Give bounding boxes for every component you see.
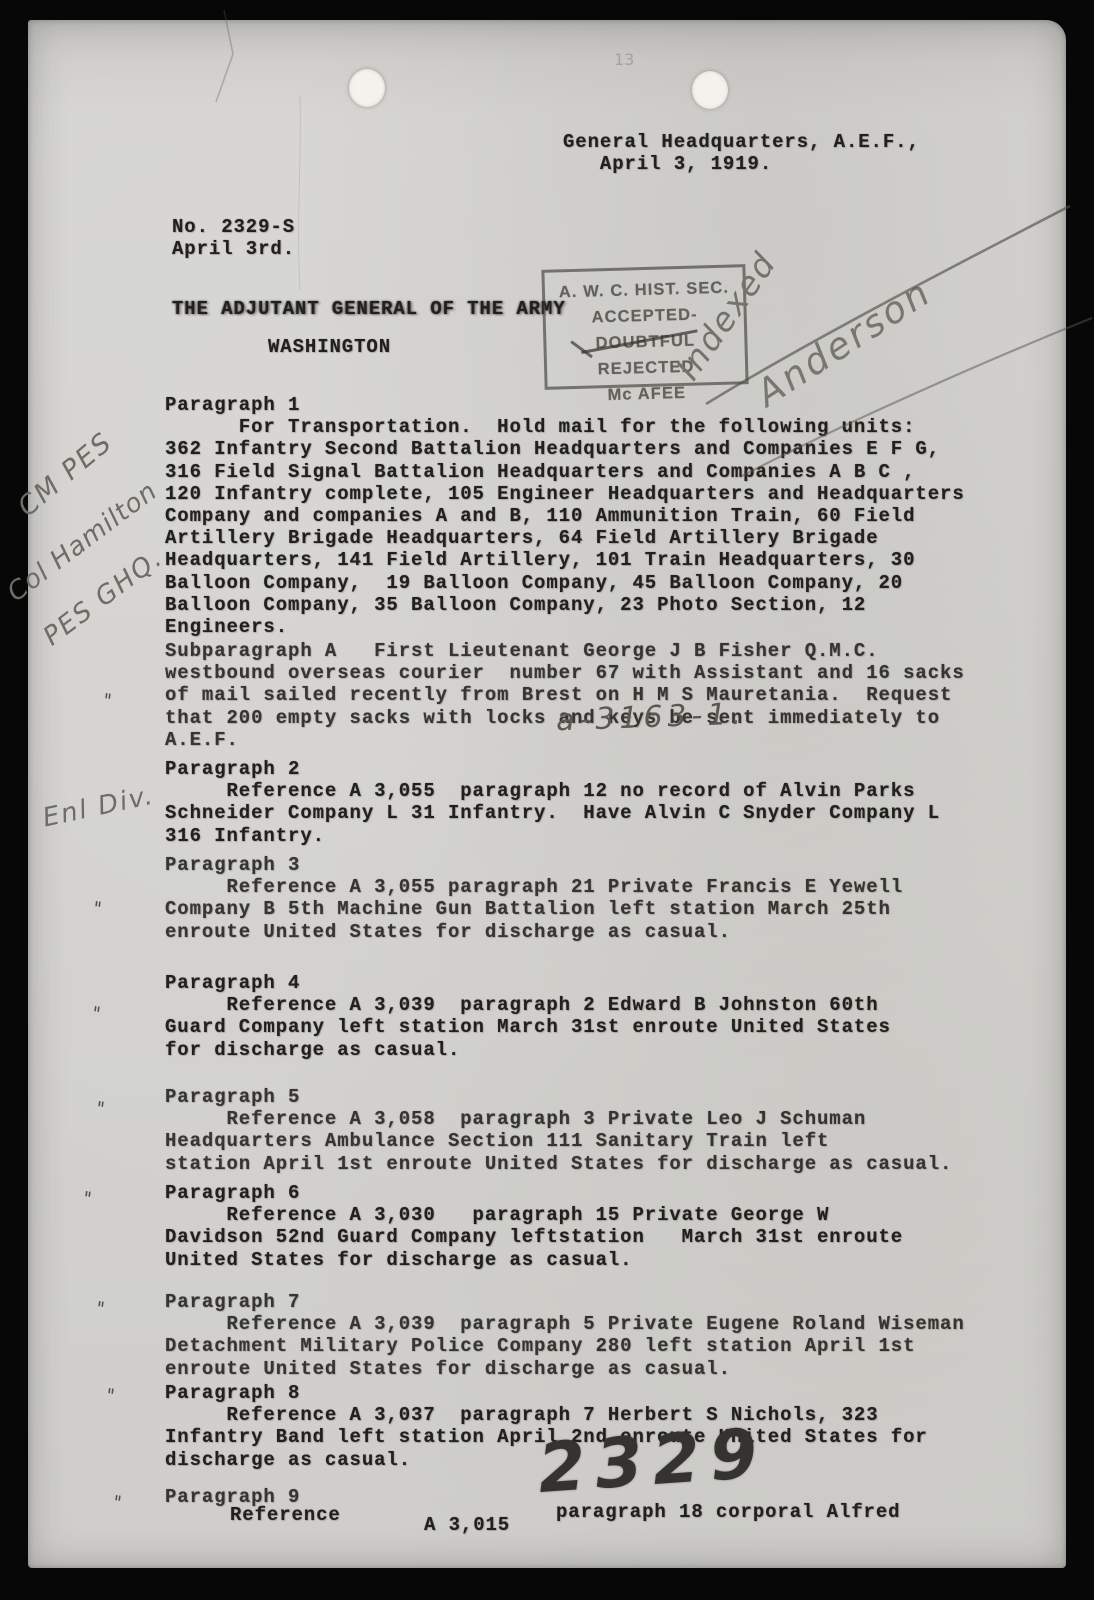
header-date-block: General Headquarters, A.E.F., April 3, 1… [563,131,920,175]
paragraph-5: Paragraph 5 Reference A 3,058 paragraph … [165,1086,952,1175]
punch-hole-right [692,71,728,109]
paragraph-9-reference-label: Reference [230,1504,341,1526]
paragraph-3: Paragraph 3 Reference A 3,055 paragraph … [165,854,903,943]
paragraph-4: Paragraph 4 Reference A 3,039 paragraph … [165,972,891,1061]
paragraph-1: Paragraph 1 For Transportation. Hold mai… [165,394,965,638]
punch-hole-left [349,69,385,107]
page-number-pencil: 13 [614,50,634,69]
addressee-line: THE ADJUTANT GENERAL OF THE ARMY [172,298,566,320]
paragraph-7: Paragraph 7 Reference A 3,039 paragraph … [165,1291,965,1380]
scanned-document: 13 General Headquarters, A.E.F., April 3… [0,0,1094,1600]
handwritten-file-reference: a-3163-1. [555,697,746,739]
document-number-block: No. 2329-S April 3rd. [172,216,295,260]
paragraph-2: Paragraph 2 Reference A 3,055 paragraph … [165,758,940,847]
addressee-city: WASHINGTON [268,336,391,358]
handwritten-big-number: 2329 [536,1414,770,1509]
paragraph-9-reference-number: A 3,015 [424,1514,510,1536]
paragraph-6: Paragraph 6 Reference A 3,030 paragraph … [165,1182,903,1271]
paragraph-9-text: paragraph 18 corporal Alfred [556,1501,900,1523]
